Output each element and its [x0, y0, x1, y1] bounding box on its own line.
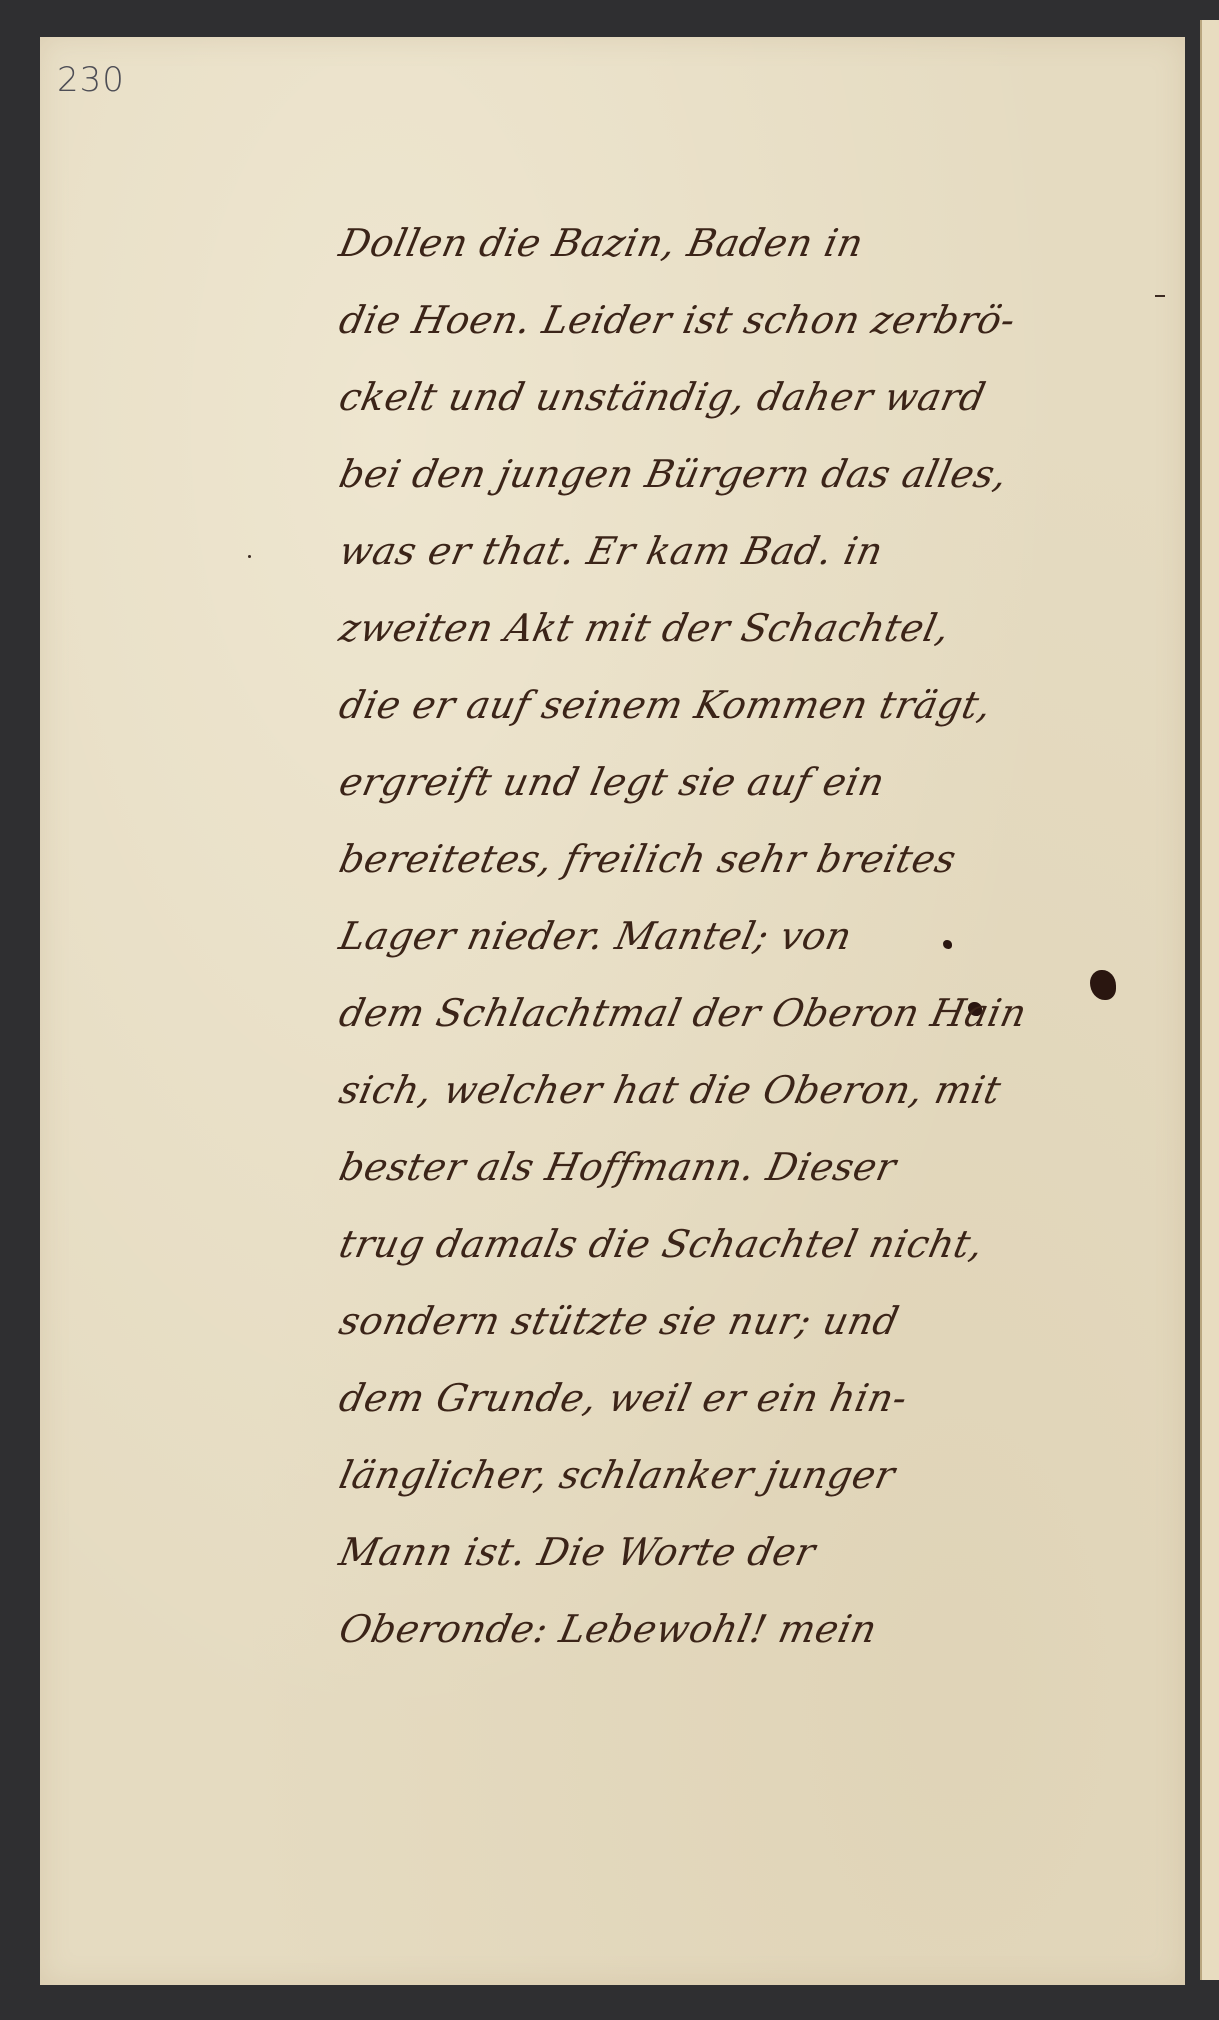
- text-line: dem Grunde, weil er ein hin-: [332, 1360, 1108, 1437]
- folio-number: 230: [57, 60, 125, 100]
- text-line: bei den jungen Bürgern das alles,: [332, 436, 1108, 513]
- text-line: zweiten Akt mit der Schachtel,: [332, 590, 1108, 667]
- text-line: ergreift und legt sie auf ein: [332, 744, 1108, 821]
- text-line: sich, welcher hat die Oberon, mit: [332, 1052, 1108, 1129]
- text-line: länglicher, schlanker junger: [332, 1437, 1108, 1514]
- margin-mark: [1155, 295, 1165, 297]
- next-page-edge: [1200, 20, 1219, 1980]
- text-line: Mann ist. Die Worte der: [332, 1514, 1108, 1591]
- text-line: die Hoen. Leider ist schon zerbrö-: [332, 282, 1108, 359]
- text-line: Oberonde: Lebewohl! mein: [332, 1591, 1108, 1668]
- text-line: trug damals die Schachtel nicht,: [332, 1206, 1108, 1283]
- text-line: die er auf seinem Kommen trägt,: [332, 667, 1108, 744]
- text-line: ckelt und unständig, daher ward: [332, 359, 1108, 436]
- text-line: was er that. Er kam Bad. in: [332, 513, 1108, 590]
- text-line: Dollen die Bazin, Baden in: [332, 205, 1108, 282]
- text-line: dem Schlachtmal der Oberon Hain: [332, 975, 1108, 1052]
- text-line: sondern stützte sie nur; und: [332, 1283, 1108, 1360]
- text-line: bereitetes, freilich sehr breites: [332, 821, 1108, 898]
- text-line: Lager nieder. Mantel; von: [332, 898, 1108, 975]
- paper-speck: [248, 555, 251, 558]
- text-line: bester als Hoffmann. Dieser: [332, 1129, 1108, 1206]
- manuscript-text: Dollen die Bazin, Baden in die Hoen. Lei…: [340, 205, 1100, 1668]
